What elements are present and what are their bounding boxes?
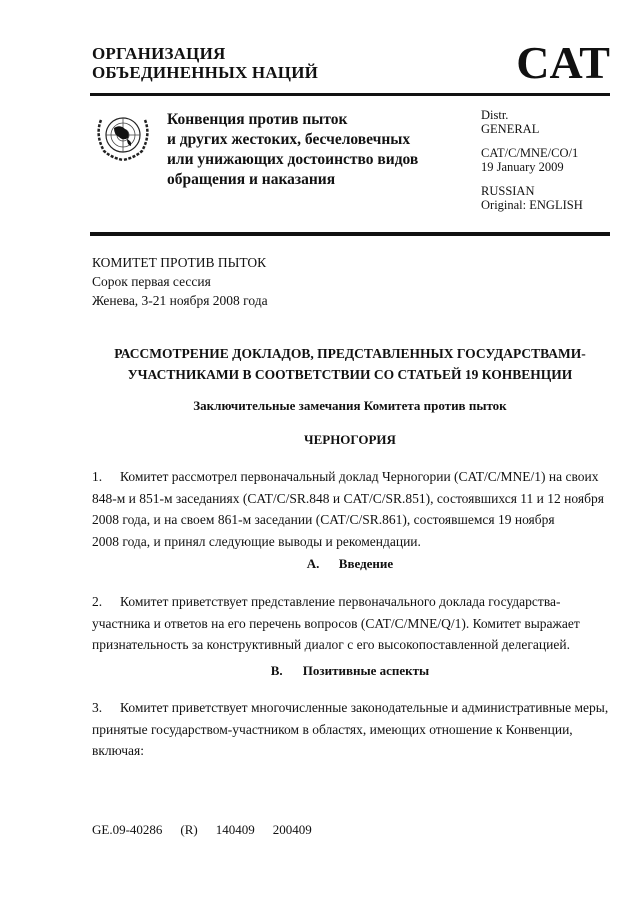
title-line-1: РАССМОТРЕНИЕ ДОКЛАДОВ, ПРЕДСТАВЛЕННЫХ ГО… [90,343,610,364]
footer-date-2: 200409 [273,822,312,837]
section-heading-b: B.Позитивные аспекты [90,663,610,679]
document-title: РАССМОТРЕНИЕ ДОКЛАДОВ, ПРЕДСТАВЛЕННЫХ ГО… [90,343,610,385]
paragraph-number: 1. [92,466,120,488]
paragraph-line: Комитет приветствует многочисленные зако… [120,700,608,715]
country-heading: ЧЕРНОГОРИЯ [90,432,610,448]
section-letter: B. [271,663,303,679]
paragraph-line: признательность за конструктивный диалог… [92,634,612,656]
document-date: 19 January 2009 [481,160,583,174]
section-heading-a: A.Введение [90,556,610,572]
section-letter: A. [307,556,339,572]
document-footer: GE.09-40286(R)140409200409 [92,822,330,838]
document-symbol: CAT/C/MNE/CO/1 [481,146,583,160]
convention-line: или унижающих достоинство видов [167,150,418,170]
paragraph-1: 1.Комитет рассмотрел первоначальный докл… [92,466,612,552]
convention-line: обращения и наказания [167,170,418,190]
convention-line: и других жестоких, бесчеловечных [167,130,418,150]
paragraph-line: Комитет приветствует представление перво… [120,594,561,609]
footer-date-1: 140409 [216,822,255,837]
section-title: Позитивные аспекты [303,663,429,678]
document-metadata: Distr. GENERAL CAT/C/MNE/CO/1 19 January… [481,108,583,222]
paragraph-line: участника и ответов на его перечень вопр… [92,613,612,635]
paragraph-line: Комитет рассмотрел первоначальный доклад… [120,469,599,484]
title-line-2: УЧАСТНИКАМИ В СООТВЕТСТВИИ СО СТАТЬЕЙ 19… [90,364,610,385]
section-title: Введение [339,556,393,571]
masthead-divider [90,232,610,236]
committee-place-dates: Женева, 3-21 ноября 2008 года [92,291,268,310]
document-series-symbol: CAT [516,38,610,88]
footer-mark: (R) [180,822,197,837]
committee-session: Сорок первая сессия [92,272,268,291]
paragraph-number: 2. [92,591,120,613]
document-subtitle: Заключительные замечания Комитета против… [90,398,610,414]
convention-line: Конвенция против пыток [167,110,418,130]
job-number: GE.09-40286 [92,822,162,837]
original-language: Original: ENGLISH [481,198,583,212]
paragraph-line: 2008 года, и принял следующие выводы и р… [92,531,612,553]
paragraph-line: 848-м и 851-м заседаниях (CAT/C/SR.848 и… [92,488,612,510]
paragraph-line: принятые государством-участником в облас… [92,719,612,741]
convention-title: Конвенция против пыток и других жестоких… [167,110,418,190]
paragraph-number: 3. [92,697,120,719]
paragraph-line: включая: [92,740,612,762]
org-line-2: ОБЪЕДИНЕННЫХ НАЦИЙ [92,63,318,82]
distribution-value: GENERAL [481,122,583,136]
organization-name: ОРГАНИЗАЦИЯ ОБЪЕДИНЕННЫХ НАЦИЙ [92,44,318,82]
committee-block: КОМИТЕТ ПРОТИВ ПЫТОК Сорок первая сессия… [92,253,268,310]
org-line-1: ОРГАНИЗАЦИЯ [92,44,318,63]
header-divider [90,93,610,96]
committee-name: КОМИТЕТ ПРОТИВ ПЫТОК [92,253,268,272]
paragraph-2: 2.Комитет приветствует представление пер… [92,591,612,656]
paragraph-line: 2008 года, и на своем 861-м заседании (C… [92,509,612,531]
distribution-label: Distr. [481,108,583,122]
paragraph-3: 3.Комитет приветствует многочисленные за… [92,697,612,762]
document-language: RUSSIAN [481,184,583,198]
un-emblem-icon [92,108,154,166]
